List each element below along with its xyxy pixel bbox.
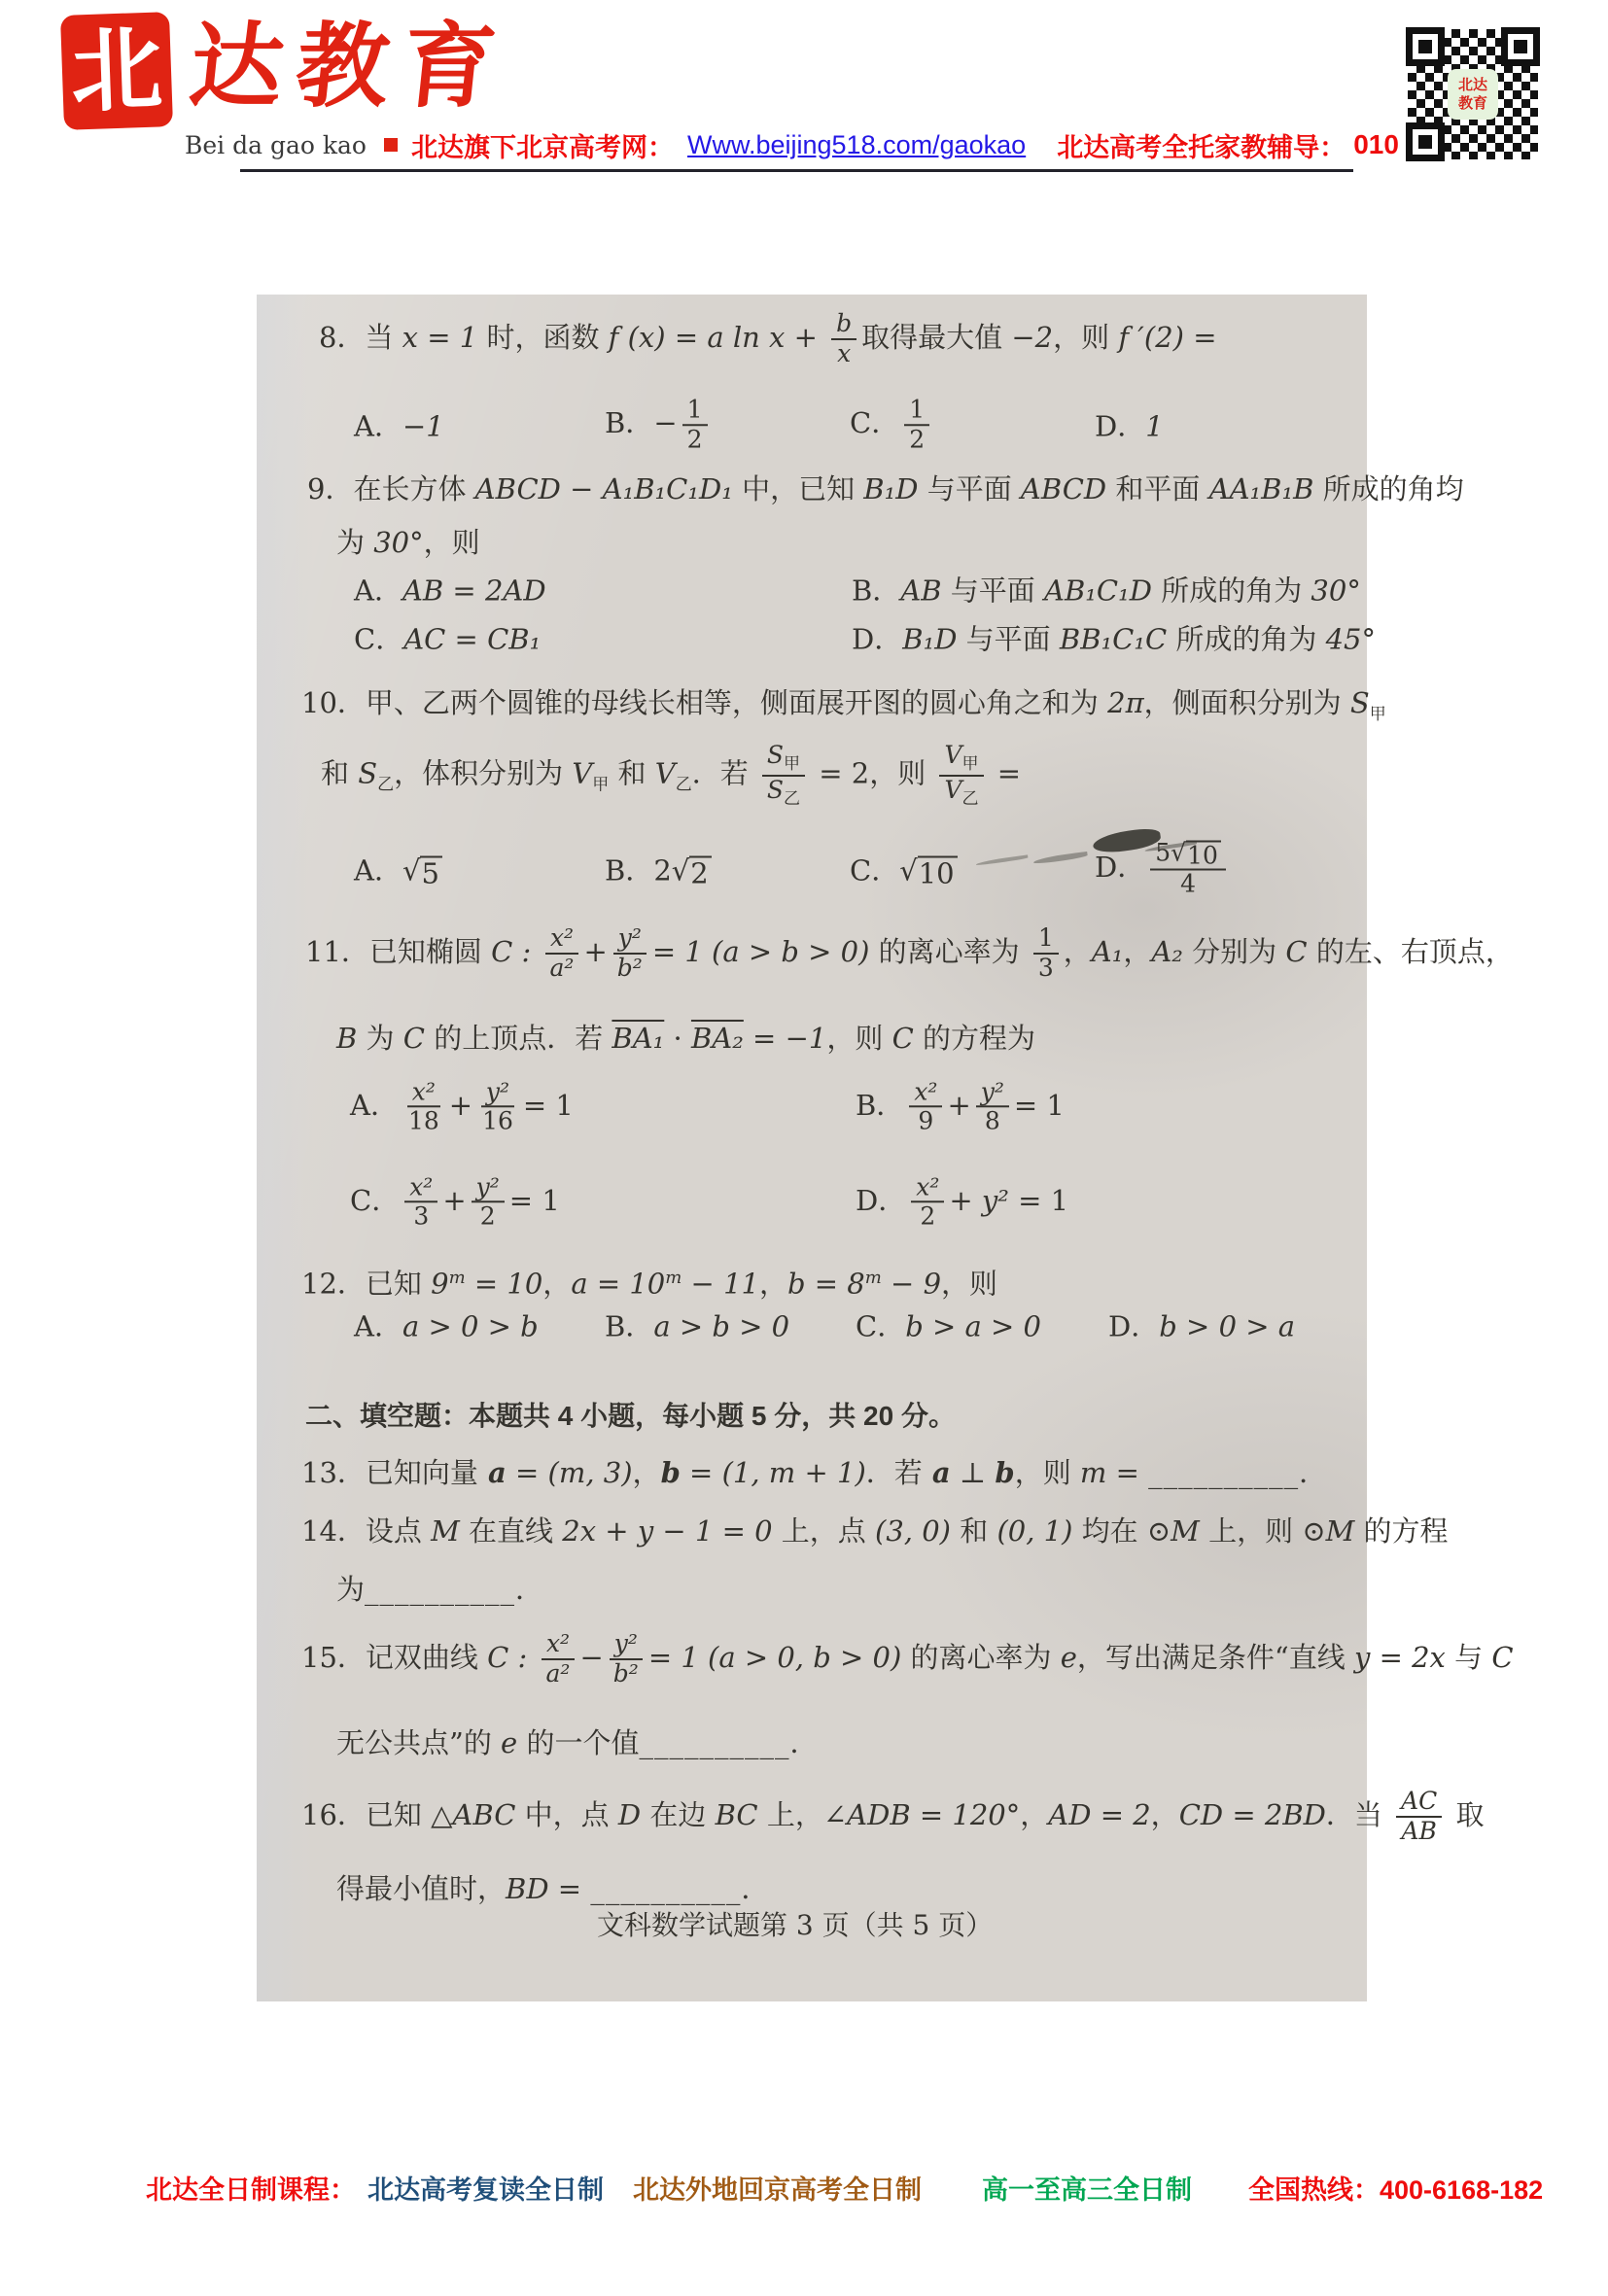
q11-option-c: C．x²3+y²2= 1 <box>350 1173 560 1232</box>
question-11-options-row2: C．x²3+y²2= 1 D．x²2+ y² = 1 <box>257 1161 1367 1243</box>
question-11-line1: 11．已知椭圆 C : x²a²+y²b²= 1 (a > b > 0) 的离心… <box>305 924 1514 983</box>
question-11-line2: B 为 C 的上顶点．若 BA₁ · BA₂ = −1，则 C 的方程为 <box>336 1022 1035 1055</box>
footer-course-1: 北达高考复读全日制 <box>367 2169 604 2207</box>
section-2-heading: 二、填空题：本题共 4 小题，每小题 5 分，共 20 分。 <box>305 1400 956 1433</box>
qr-code: 北达 教育 <box>1400 21 1546 167</box>
qr-logo-line1: 北达 <box>1458 76 1487 94</box>
question-9-options-row2: C．AC = CB₁ D．B₁D 与平面 BB₁C₁C 所成的角为 45° <box>257 618 1367 657</box>
brand-calligraphy-text: 达教育 <box>185 14 513 120</box>
question-8-line1: 8．当 x = 1 时，函数 f (x) = a ln x + bx取得最大值 … <box>319 310 1217 368</box>
question-8-options: A．−1 B．−12 C．12 D．1 <box>257 387 1367 463</box>
qr-center-logo: 北达 教育 <box>1448 69 1498 120</box>
q9-option-c: C．AC = CB₁ <box>354 618 541 658</box>
q11-option-a: A．x²18+y²16= 1 <box>350 1078 574 1136</box>
brand-pinyin: Bei da gao kao <box>185 131 367 159</box>
question-9-options-row1: A．AB = 2AD B．AB 与平面 AB₁C₁D 所成的角为 30° <box>257 570 1367 609</box>
qr-logo-line2: 教育 <box>1458 94 1487 113</box>
q12-option-b: B．a > b > 0 <box>605 1305 789 1345</box>
question-15-line1: 15．记双曲线 C : x²a²−y²b²= 1 (a > 0, b > 0) … <box>301 1630 1514 1688</box>
q11-option-d: D．x²2+ y² = 1 <box>856 1173 1068 1232</box>
question-14-line1: 14．设点 M 在直线 2x + y − 1 = 0 上，点 (3, 0) 和 … <box>301 1514 1449 1548</box>
question-12-line1: 12．已知 9m = 10，a = 10m − 11，b = 8m − 9，则 <box>301 1262 997 1301</box>
question-12-options: A．a > 0 > b B．a > b > 0 C．b > a > 0 D．b … <box>257 1305 1367 1344</box>
qr-finder-bottom-left <box>1406 122 1445 161</box>
q12-option-a: A．a > 0 > b <box>354 1305 539 1345</box>
footer: 北达全日制课程： 北达高考复读全日制 北达外地回京高考全日制 高一至高三全日制 … <box>146 2169 1543 2207</box>
question-14-line2: 为__________． <box>336 1573 543 1606</box>
question-16-line1: 16．已知 △ABC 中，点 D 在边 BC 上，∠ADB = 120°，AD … <box>301 1788 1485 1846</box>
question-11-options-row1: A．x²18+y²16= 1 B．x²9+y²8= 1 <box>257 1065 1367 1148</box>
exam-page-number: 文科数学试题第 3 页（共 5 页） <box>597 1909 993 1942</box>
question-16-line2: 得最小值时，BD = __________． <box>336 1872 769 1905</box>
site-label: 北达旗下北京高考网： <box>411 126 674 164</box>
question-9-line1: 9．在长方体 ABCD − A₁B₁C₁D₁ 中，已知 B₁D 与平面 ABCD… <box>307 472 1464 505</box>
question-10-line1: 10．甲、乙两个圆锥的母线长相等，侧面展开图的圆心角之和为 2π，侧面积分别为 … <box>301 686 1386 731</box>
red-square-bullet <box>384 138 398 152</box>
q10-option-a: A．√5 <box>354 850 442 889</box>
q12-option-c: C．b > a > 0 <box>856 1305 1041 1345</box>
q10-option-d: D．5√104 <box>1095 840 1231 899</box>
q8-option-c: C．12 <box>850 396 934 454</box>
question-10-options: A．√5 B．2√2 C．√10 D．5√104 <box>257 827 1367 911</box>
header-tagline-row: Bei da gao kao 北达旗下北京高考网： Www.beijing518… <box>185 124 1529 165</box>
qr-finder-top-right <box>1501 27 1540 66</box>
footer-hotline: 全国热线：400-6168-182 <box>1248 2169 1543 2207</box>
q11-option-b: B．x²9+y²8= 1 <box>856 1078 1065 1136</box>
footer-course-2: 北达外地回京高考全日制 <box>633 2169 922 2207</box>
question-15-line2: 无公共点”的 e 的一个值__________． <box>336 1726 818 1759</box>
footer-label: 北达全日制课程： <box>146 2169 356 2207</box>
header-divider-line <box>240 169 1353 172</box>
tutor-label: 北达高考全托家教辅导： <box>1057 126 1346 164</box>
q9-option-a: A．AB = 2AD <box>354 570 546 609</box>
q9-option-b: B．AB 与平面 AB₁C₁D 所成的角为 30° <box>852 570 1361 609</box>
q8-option-a: A．−1 <box>354 405 444 445</box>
page: 北 达教育 Bei da gao kao 北达旗下北京高考网： Www.beij… <box>0 0 1608 2296</box>
q9-option-d: D．B₁D 与平面 BB₁C₁C 所成的角为 45° <box>852 618 1376 658</box>
question-10-line2: 和 S乙，体积分别为 V甲 和 V乙．若 S甲S乙 = 2，则 V甲V乙 = <box>321 742 1021 809</box>
q12-option-d: D．b > 0 > a <box>1108 1305 1295 1345</box>
q10-option-b: B．2√2 <box>605 850 712 889</box>
beida-seal-logo: 北 <box>60 12 173 130</box>
q8-option-b: B．−12 <box>605 396 713 454</box>
footer-course-3: 高一至高三全日制 <box>982 2169 1192 2207</box>
exam-paper-scan: 8．当 x = 1 时，函数 f (x) = a ln x + bx取得最大值 … <box>257 295 1367 2001</box>
site-url-link[interactable]: Www.beijing518.com/gaokao <box>687 130 1026 160</box>
q10-option-c: C．√10 <box>850 850 958 889</box>
qr-finder-top-left <box>1406 27 1445 66</box>
question-9-line2: 为 30°，则 <box>336 526 480 559</box>
seal-character: 北 <box>69 23 163 118</box>
q8-option-d: D．1 <box>1095 405 1164 445</box>
question-13-line1: 13．已知向量 a = (m, 3)，b = (1, m + 1)．若 a ⊥ … <box>301 1456 1327 1489</box>
